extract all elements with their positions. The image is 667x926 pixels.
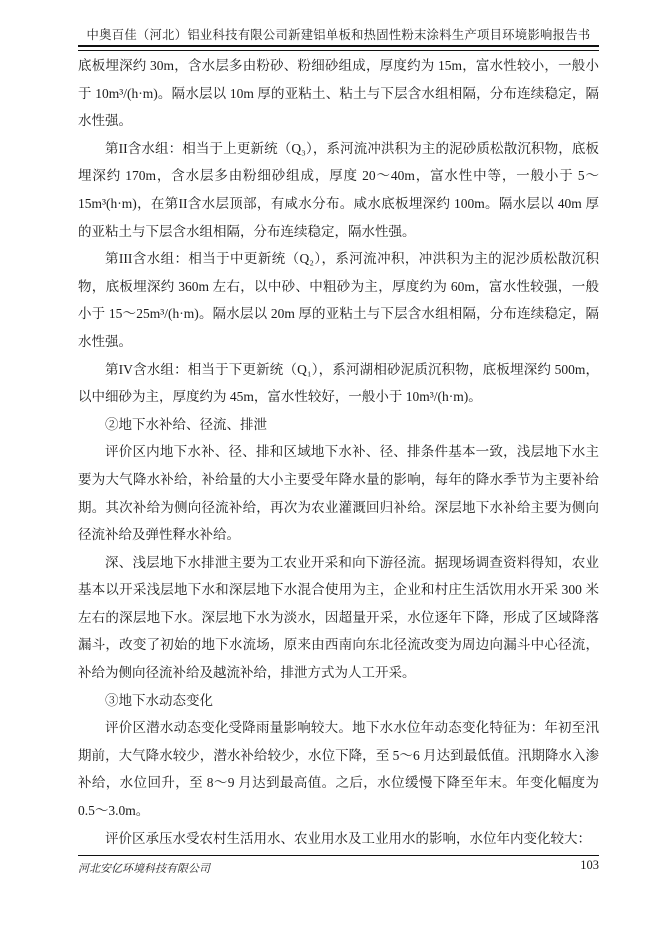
paragraph-dynamics-1: 评价区潜水动态变化受降雨量影响较大。地下水水位年动态变化特征为：年初至汛期前，大… — [78, 714, 599, 824]
paragraph-dynamics-2: 评价区承压水受农村生活用水、农业用水及工业用水的影响，水位年内变化较大： — [78, 825, 599, 853]
heading-groundwater-recharge: ②地下水补给、径流、排泄 — [78, 411, 599, 439]
paragraph-aquifer-1-continued: 底板埋深约 30m，含水层多由粉砂、粉细砂组成，厚度约为 15m，富水性较小，一… — [78, 52, 599, 135]
paragraph-aquifer-2: 第II含水组：相当于上更新统（Q₃），系河流冲洪积为主的泥砂质松散沉积物，底板埋… — [78, 135, 599, 245]
document-body: 底板埋深约 30m，含水层多由粉砂、粉细砂组成，厚度约为 15m，富水性较小，一… — [78, 52, 599, 852]
paragraph-recharge-1: 评价区内地下水补、径、排和区域地下水补、径、排条件基本一致，浅层地下水主要为大气… — [78, 438, 599, 548]
header-double-rule — [78, 45, 599, 51]
paragraph-discharge: 深、浅层地下水排泄主要为工农业开采和向下游径流。据现场调查资料得知，农业基本以开… — [78, 549, 599, 687]
paragraph-aquifer-3: 第III含水组：相当于中更新统（Q₂），系河流冲积，冲洪积为主的泥沙质松散沉积物… — [78, 245, 599, 355]
footer-rule — [78, 855, 599, 856]
page-number: 103 — [78, 858, 599, 873]
document-page: 中奥百佳（河北）铝业科技有限公司新建铝单板和热固性粉末涂料生产项目环境影响报告书… — [0, 0, 667, 926]
page-header-title: 中奥百佳（河北）铝业科技有限公司新建铝单板和热固性粉末涂料生产项目环境影响报告书 — [78, 25, 599, 43]
heading-groundwater-dynamics: ③地下水动态变化 — [78, 687, 599, 715]
paragraph-aquifer-4: 第IV含水组：相当于下更新统（Q₁），系河湖相砂泥质沉积物，底板埋深约 500m… — [78, 356, 599, 411]
